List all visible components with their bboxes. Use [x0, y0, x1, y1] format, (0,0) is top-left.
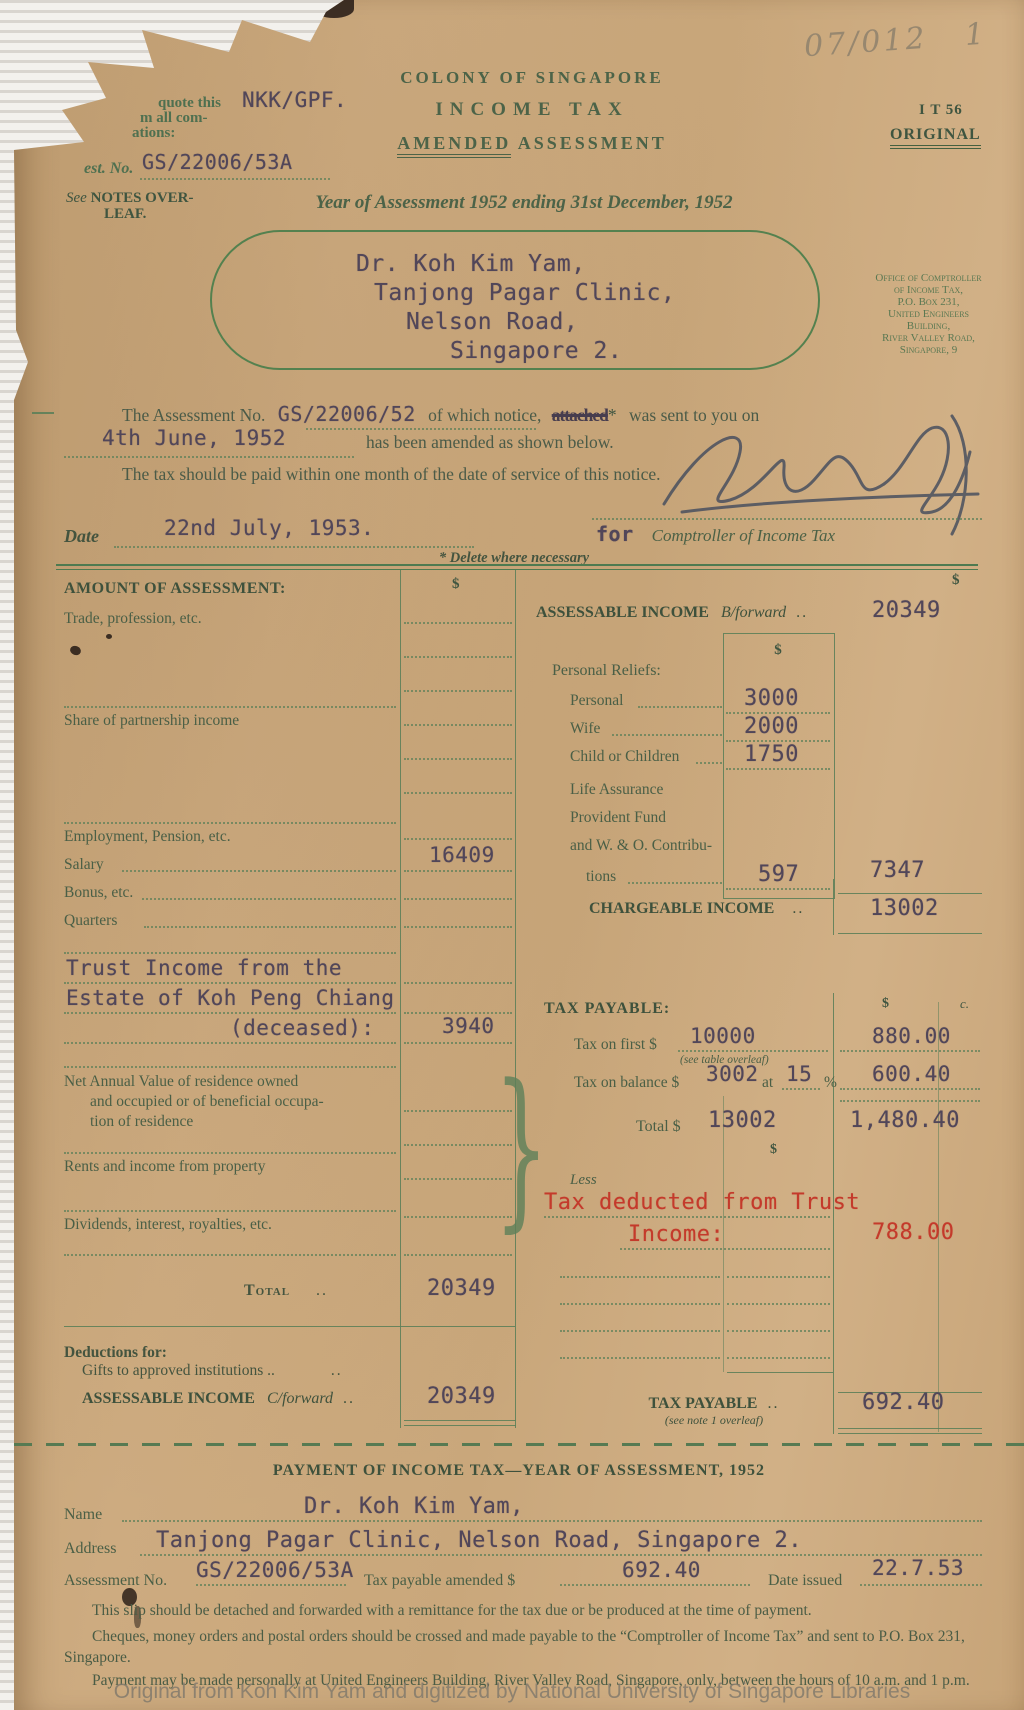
- ruled-line: [560, 1330, 720, 1332]
- trust-income-typed-2: Estate of Koh Peng Chiang: [66, 986, 395, 1010]
- notice-text: of which notice,: [428, 405, 541, 425]
- for-label-typed: for: [596, 522, 634, 546]
- office-line: P.O. Box 231,: [836, 296, 1021, 308]
- ruled-line: [64, 1326, 515, 1327]
- ruled-line: [306, 428, 536, 430]
- label-assessable-bforward: ASSESSABLE INCOME B/forward ..: [536, 604, 808, 622]
- chargeable-dots: ..: [778, 900, 804, 917]
- ruled-line: [404, 1042, 512, 1044]
- value-personal-typed: 3000: [744, 686, 799, 711]
- ruled-line: [404, 690, 512, 692]
- ruled-line: [404, 1216, 512, 1218]
- label-total-tax: Total $: [636, 1118, 681, 1136]
- margin-dash: [32, 412, 54, 414]
- ruled-line: [727, 1372, 833, 1373]
- ruled-line: [404, 1178, 512, 1180]
- value-total-tax-typed: 1,480.40: [850, 1108, 960, 1133]
- comptroller-line: for Comptroller of Income Tax: [596, 522, 835, 546]
- total-word: Total: [244, 1282, 290, 1299]
- income-tax-title: INCOME TAX: [282, 99, 782, 121]
- ruled-line: [696, 762, 722, 764]
- label-gifts: Gifts to approved institutions ....: [64, 1362, 343, 1380]
- dollar-mid: $: [770, 1142, 777, 1158]
- final-dots: ..: [757, 1395, 779, 1412]
- ruled-line: [612, 734, 722, 736]
- label-total: Total ..: [244, 1282, 328, 1300]
- value-taxbal-amt-typed: 3002: [706, 1062, 759, 1086]
- double-rule: [404, 1420, 516, 1426]
- date-label: Date: [64, 526, 99, 547]
- slip-dateissued-typed: 22.7.53: [872, 1556, 964, 1580]
- value-total-typed: 20349: [427, 1276, 496, 1301]
- ruled-line: [404, 1254, 512, 1256]
- assessment-no-label: est. No.: [84, 160, 133, 178]
- date-value-typed: 22nd July, 1953.: [164, 516, 374, 540]
- label-personal: Personal: [570, 692, 623, 710]
- ruled-line: [404, 622, 512, 624]
- label-at: at: [762, 1074, 773, 1092]
- label-employment: Employment, Pension, etc.: [64, 828, 231, 846]
- label-net-annual-value: Net Annual Value of residence owned and …: [64, 1072, 384, 1132]
- ruled-line: [560, 1303, 720, 1305]
- note-see-note1: (see note 1 overleaf): [604, 1412, 824, 1428]
- label-quarters: Quarters: [64, 912, 117, 930]
- ruled-line: [782, 1088, 820, 1090]
- value-taxfirst-typed: 880.00: [872, 1024, 951, 1048]
- note-line: quote this: [130, 96, 221, 111]
- ruled-line: [840, 1050, 980, 1052]
- total-dots: ..: [294, 1282, 328, 1299]
- document-page: 07/012 1 quote this m all com- ations: N…: [14, 0, 1024, 1710]
- office-line: of Income Tax,: [836, 284, 1021, 296]
- trust-income-typed-3: (deceased):: [230, 1016, 375, 1040]
- ruled-line: [64, 952, 396, 954]
- final-caps: TAX PAYABLE: [649, 1395, 758, 1412]
- addressee-line: Dr. Koh Kim Yam,: [294, 250, 734, 279]
- ruled-line: [727, 1357, 830, 1359]
- ruled-line: [64, 706, 396, 708]
- value-red-deduction-typed: 788.00: [872, 1220, 954, 1245]
- burn-mark: [314, 0, 354, 18]
- cents-column-header: c.: [960, 996, 969, 1012]
- cforward-italic: C/forward: [259, 1390, 333, 1407]
- label-wife: Wife: [570, 720, 600, 738]
- sent-date-typed: 4th June, 1952: [102, 426, 286, 450]
- assessment-no-typed: GS/22006/53A: [142, 150, 293, 174]
- label-less: Less: [570, 1172, 597, 1189]
- office-line: Singapore, 9: [836, 344, 1021, 356]
- double-rule: [838, 1428, 982, 1434]
- header-note-fragment: quote this m all com- ations:: [130, 96, 221, 141]
- value-taxbal-typed: 600.40: [872, 1062, 951, 1086]
- life-line: Provident Fund: [570, 804, 712, 832]
- amended-assessment-title: AMENDED ASSESSMENT: [282, 133, 782, 154]
- ruled-line: [114, 546, 474, 548]
- ruled-line: [404, 656, 512, 658]
- ruled-line: [404, 758, 512, 760]
- ruled-line: [840, 1088, 980, 1090]
- reliefs-dollar-header: $: [723, 642, 833, 659]
- slip-taxpay-typed: 692.40: [622, 1558, 701, 1582]
- label-salary: Salary: [64, 856, 104, 874]
- ruled-line: [727, 1303, 830, 1305]
- value-trust-typed: 3940: [442, 1014, 495, 1038]
- ruled-line: [592, 518, 982, 520]
- trust-income-typed-1: Trust Income from the: [66, 956, 342, 980]
- office-line: Office of Comptroller: [836, 272, 1021, 284]
- nav-line: and occupied or of beneficial occupa-: [64, 1092, 384, 1112]
- pencil-reference: 07/012 1: [803, 15, 1015, 65]
- slip-name-label: Name: [64, 1506, 102, 1524]
- ruled-line: [560, 1584, 750, 1586]
- ruled-line: [404, 982, 512, 984]
- assessment-word: ASSESSMENT: [518, 133, 667, 153]
- cforward-caps: ASSESSABLE INCOME: [82, 1390, 255, 1407]
- office-line: United Engineers: [836, 308, 1021, 320]
- year-of-assessment-line: Year of Assessment 1952 ending 31st Dece…: [114, 192, 934, 214]
- life-line: and W. & O. Contribu-: [570, 832, 712, 860]
- slip-address-typed: Tanjong Pagar Clinic, Nelson Road, Singa…: [156, 1528, 802, 1553]
- ruled-line: [122, 1520, 982, 1522]
- ruled-line: [64, 1254, 396, 1256]
- ruled-line: [515, 570, 516, 1428]
- label-personal-reliefs: Personal Reliefs:: [552, 662, 661, 680]
- office-line: Building,: [836, 320, 1021, 332]
- ruled-line: [404, 926, 512, 928]
- bforward-italic: B/forward: [713, 604, 786, 621]
- label-child: Child or Children: [570, 748, 679, 766]
- note-line: ations:: [130, 126, 221, 141]
- prior-assessment-ref-typed: GS/22006/52: [270, 402, 424, 426]
- life-line: Life Assurance: [570, 776, 712, 804]
- ruled-line: [727, 1276, 830, 1278]
- slip-assessment-typed: GS/22006/53A: [196, 1558, 354, 1582]
- ruled-line: [64, 822, 396, 824]
- value-total-amt-typed: 13002: [708, 1108, 777, 1133]
- perforation-line: [14, 1443, 1024, 1446]
- ruled-line: [840, 1100, 980, 1102]
- ruled-line: [638, 706, 722, 708]
- ruled-line: [620, 1248, 830, 1250]
- label-tax-on-first: Tax on first $: [574, 1036, 657, 1054]
- label-assessable-cforward: ASSESSABLE INCOME C/forward ..: [82, 1390, 355, 1408]
- ruled-line: [144, 926, 396, 928]
- nav-line: Net Annual Value of residence owned: [64, 1072, 384, 1092]
- slip-note-1: This slip should be detached and forward…: [64, 1600, 984, 1621]
- deductions-title: Deductions for:: [64, 1344, 343, 1362]
- ruled-line: [628, 882, 722, 884]
- label-dividends: Dividends, interest, royalties, etc.: [64, 1216, 272, 1234]
- delete-asterisk: *: [608, 405, 617, 425]
- original-label: ORIGINAL: [890, 126, 981, 149]
- ruled-line: [64, 1042, 396, 1044]
- ruled-line: [404, 898, 512, 900]
- value-rate-typed: 15: [786, 1062, 812, 1086]
- value-cforward-typed: 20349: [427, 1384, 496, 1409]
- form-code: I T 56: [919, 102, 963, 119]
- label-tax-on-balance: Tax on balance $: [574, 1074, 679, 1092]
- form-title-block: COLONY OF SINGAPORE INCOME TAX AMENDED A…: [282, 68, 782, 154]
- addressee-line: Tanjong Pagar Clinic,: [294, 279, 734, 308]
- chargeable-caps: CHARGEABLE INCOME: [589, 900, 774, 917]
- label-percent: %: [824, 1074, 837, 1092]
- dollar-column-header: $: [882, 996, 889, 1012]
- ruled-line: [726, 768, 830, 770]
- note-line: m all com-: [130, 111, 221, 126]
- office-address: Office of Comptroller of Income Tax, P.O…: [836, 272, 1021, 356]
- label-tions: tions: [586, 868, 616, 886]
- nav-line: tion of residence: [64, 1112, 384, 1132]
- payment-slip-title: PAYMENT OF INCOME TAX—YEAR OF ASSESSMENT…: [114, 1462, 924, 1480]
- bforward-caps: ASSESSABLE INCOME: [536, 604, 709, 621]
- label-chargeable-income: CHARGEABLE INCOME ..: [589, 900, 804, 918]
- ruled-line: [838, 933, 982, 934]
- ruled-line: [560, 1357, 720, 1359]
- bforward-dots: ..: [790, 604, 808, 621]
- red-deduction-line1: Tax deducted from Trust: [544, 1190, 860, 1215]
- slip-address-label: Address: [64, 1540, 116, 1558]
- colony-title: COLONY OF SINGAPORE: [282, 68, 782, 88]
- ruled-line: [64, 1152, 396, 1154]
- label-rents: Rents and income from property: [64, 1158, 265, 1176]
- ruled-line: [544, 1216, 830, 1218]
- ruled-line: [64, 1210, 396, 1212]
- value-chargeable-typed: 13002: [870, 896, 939, 921]
- ruled-line: [404, 792, 512, 794]
- slip-assessment-label: Assessment No.: [64, 1572, 167, 1590]
- value-child-typed: 1750: [744, 742, 799, 767]
- ruled-line: [404, 838, 512, 840]
- addressee-line: Nelson Road,: [294, 308, 734, 337]
- ruled-line: [678, 1050, 828, 1052]
- comptroller-label: Comptroller of Income Tax: [638, 526, 835, 545]
- value-wife-typed: 2000: [744, 714, 799, 739]
- label-life-assurance: Life Assurance Provident Fund and W. & O…: [570, 776, 712, 860]
- ink-blot: [106, 634, 112, 639]
- dollar-header-left: $: [452, 576, 460, 593]
- addressee-block: Dr. Koh Kim Yam, Tanjong Pagar Clinic, N…: [294, 250, 734, 366]
- slip-dateissued-label: Date issued: [768, 1572, 842, 1590]
- value-salary-typed: 16409: [429, 843, 495, 867]
- value-bforward-typed: 20349: [872, 598, 941, 623]
- notice-text: The Assessment No.: [122, 405, 265, 425]
- ruled-line: [64, 1066, 396, 1068]
- slip-note-2: Cheques, money orders and postal orders …: [64, 1626, 984, 1668]
- label-trade: Trade, profession, etc.: [64, 610, 202, 628]
- slip-name-typed: Dr. Koh Kim Yam,: [304, 1494, 524, 1519]
- amount-of-assessment-title: AMOUNT OF ASSESSMENT:: [64, 580, 286, 598]
- ruled-line: [140, 178, 330, 180]
- ruled-line: [404, 870, 512, 872]
- grouping-brace: }: [494, 1068, 549, 1228]
- label-bonus: Bonus, etc.: [64, 884, 133, 902]
- value-tax-payable-final-typed: 692.40: [862, 1390, 944, 1415]
- ruled-line: [727, 1330, 830, 1332]
- label-tax-payable-final: TAX PAYABLE.. (see note 1 overleaf): [604, 1396, 824, 1428]
- amended-word: AMENDED: [397, 133, 511, 158]
- slip-taxpay-label: Tax payable amended $: [364, 1572, 515, 1590]
- ruled-line: [64, 1012, 396, 1014]
- red-deduction-line2: Income:: [628, 1222, 724, 1247]
- ruled-line: [64, 456, 354, 458]
- struck-word: attached: [546, 405, 608, 425]
- value-taxfirst-amt-typed: 10000: [690, 1024, 756, 1048]
- see-label: See: [66, 190, 87, 206]
- tax-payable-title: TAX PAYABLE:: [544, 1000, 670, 1018]
- ruled-line: [726, 888, 830, 890]
- ruled-line: [140, 1554, 982, 1556]
- ink-blot: [69, 644, 82, 656]
- ruled-line: [196, 1584, 346, 1586]
- addressee-line: Singapore 2.: [294, 337, 734, 366]
- ruled-line: [860, 1584, 982, 1586]
- ruled-line: [404, 724, 512, 726]
- value-reliefs-total-typed: 7347: [870, 858, 925, 883]
- ruled-line: [142, 898, 396, 900]
- label-partnership: Share of partnership income: [64, 712, 239, 730]
- office-line: River Valley Road,: [836, 332, 1021, 344]
- ruled-line: [838, 893, 982, 894]
- ruled-line: [560, 1276, 720, 1278]
- section-rule: [56, 564, 978, 570]
- digitization-credit: Original from Koh Kim Yam and digitized …: [0, 1680, 1024, 1704]
- dollar-header-right: $: [952, 572, 960, 589]
- ruled-line: [64, 982, 396, 984]
- notice-paragraph-line2: has been amended as shown below.: [366, 432, 614, 453]
- cforward-dots: ..: [337, 1390, 355, 1407]
- ruled-line: [400, 570, 401, 1428]
- ruled-line: [122, 870, 396, 872]
- value-life-typed: 597: [758, 862, 799, 887]
- label-deductions: Deductions for: Gifts to approved instit…: [64, 1344, 343, 1380]
